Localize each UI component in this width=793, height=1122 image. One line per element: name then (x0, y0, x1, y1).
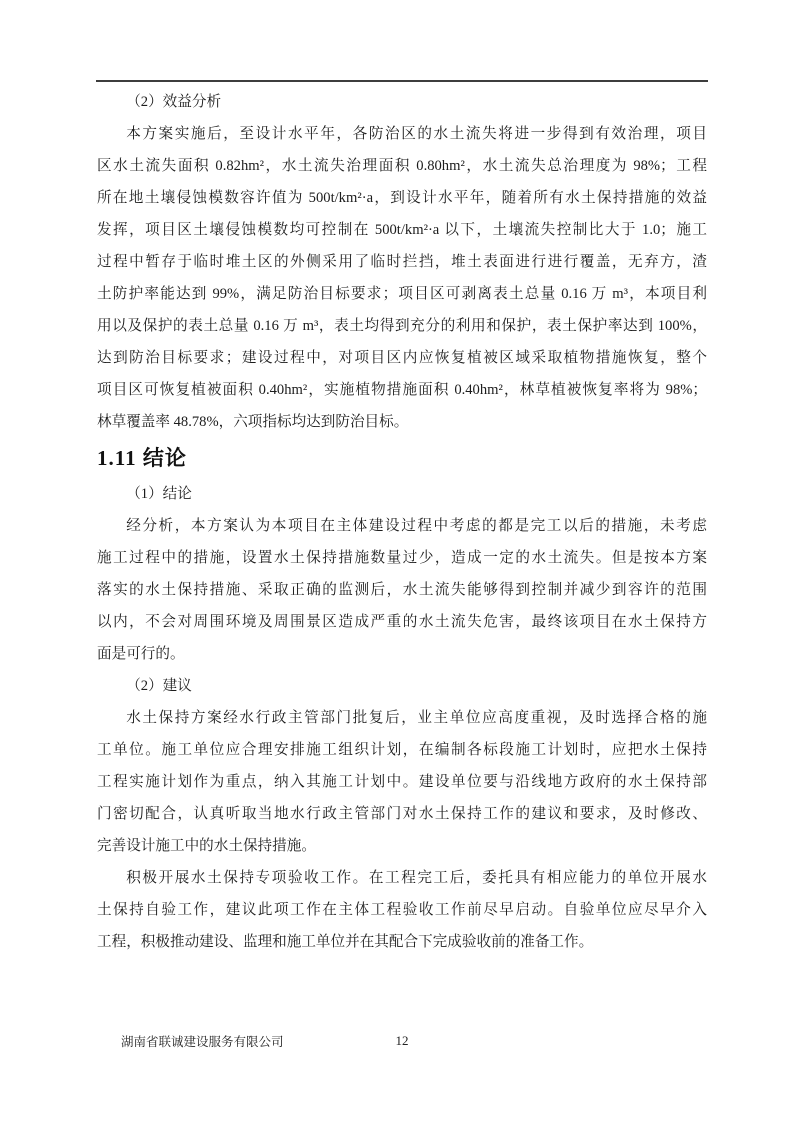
paragraph-suggestion-1: 水土保持方案经水行政主管部门批复后，业主单位应高度重视，及时选择合格的施 工单位… (97, 702, 707, 862)
paragraph-line: 经分析，本方案认为本项目在主体建设过程中考虑的都是完工以后的措施，未考虑 (97, 510, 707, 542)
paragraph-line: 水土保持方案经水行政主管部门批复后，业主单位应高度重视，及时选择合格的施 (97, 702, 707, 734)
page-number: 12 (97, 1031, 707, 1051)
header-rule (96, 80, 708, 82)
paragraph-line: 工单位。施工单位应合理安排施工组织计划，在编制各标段施工计划时，应把水土保持 (97, 734, 707, 766)
document-page: （2）效益分析 本方案实施后，至设计水平年，各防治区的水土流失将进一步得到有效治… (0, 0, 793, 1122)
paragraph-line: 面是可行的。 (97, 638, 707, 670)
paragraph-line: 施工过程中的措施，设置水土保持措施数量过少，造成一定的水土流失。但是按本方案 (97, 542, 707, 574)
paragraph-benefit-analysis: 本方案实施后，至设计水平年，各防治区的水土流失将进一步得到有效治理，项目 区水土… (97, 118, 707, 438)
paragraph-line: 积极开展水土保持专项验收工作。在工程完工后，委托具有相应能力的单位开展水 (97, 862, 707, 894)
paragraph-line: 土保持自验工作，建议此项工作在主体工程验收工作前尽早启动。自验单位应尽早介入 (97, 894, 707, 926)
paragraph-line: 本方案实施后，至设计水平年，各防治区的水土流失将进一步得到有效治理，项目 (97, 118, 707, 150)
paragraph-line: 工程实施计划作为重点，纳入其施工计划中。建设单位要与沿线地方政府的水土保持部 (97, 766, 707, 798)
paragraph-line: 完善设计施工中的水土保持措施。 (97, 830, 707, 862)
paragraph-line: 工程，积极推动建设、监理和施工单位并在其配合下完成验收前的准备工作。 (97, 926, 707, 958)
subheading-suggestion: （2）建议 (97, 670, 707, 702)
subheading-conclusion: （1）结论 (97, 478, 707, 510)
paragraph-line: 区水土流失面积 0.82hm²，水土流失治理面积 0.80hm²，水土流失总治理… (97, 150, 707, 182)
paragraph-line: 过程中暂存于临时堆土区的外侧采用了临时拦挡，堆土表面进行进行覆盖，无弃方，渣 (97, 246, 707, 278)
paragraph-suggestion-2: 积极开展水土保持专项验收工作。在工程完工后，委托具有相应能力的单位开展水 土保持… (97, 862, 707, 958)
paragraph-line: 落实的水土保持措施、采取正确的监测后，水土流失能够得到控制并减少到容许的范围 (97, 574, 707, 606)
paragraph-line: 门密切配合，认真听取当地水行政主管部门对水土保持工作的建议和要求，及时修改、 (97, 798, 707, 830)
paragraph-line: 发挥，项目区土壤侵蚀模数均可控制在 500t/km²·a 以下，土壤流失控制比大… (97, 214, 707, 246)
paragraph-line: 达到防治目标要求；建设过程中，对项目区内应恢复植被区域采取植物措施恢复，整个 (97, 342, 707, 374)
paragraph-line: 以内，不会对周围环境及周围景区造成严重的水土流失危害，最终该项目在水土保持方 (97, 606, 707, 638)
paragraph-line: 用以及保护的表土总量 0.16 万 m³，表土均得到充分的利用和保护，表土保护率… (97, 310, 707, 342)
subheading-benefit-analysis: （2）效益分析 (97, 86, 707, 118)
section-heading-conclusion: 1.11 结论 (97, 438, 707, 478)
paragraph-line: 土防护率能达到 99%，满足防治目标要求；项目区可剥离表土总量 0.16 万 m… (97, 278, 707, 310)
document-body: （2）效益分析 本方案实施后，至设计水平年，各防治区的水土流失将进一步得到有效治… (97, 86, 707, 958)
paragraph-conclusion: 经分析，本方案认为本项目在主体建设过程中考虑的都是完工以后的措施，未考虑 施工过… (97, 510, 707, 670)
paragraph-line: 林草覆盖率 48.78%，六项指标均达到防治目标。 (97, 406, 707, 438)
paragraph-line: 所在地土壤侵蚀模数容许值为 500t/km²·a，到设计水平年，随着所有水土保持… (97, 182, 707, 214)
paragraph-line: 项目区可恢复植被面积 0.40hm²，实施植物措施面积 0.40hm²，林草植被… (97, 374, 707, 406)
